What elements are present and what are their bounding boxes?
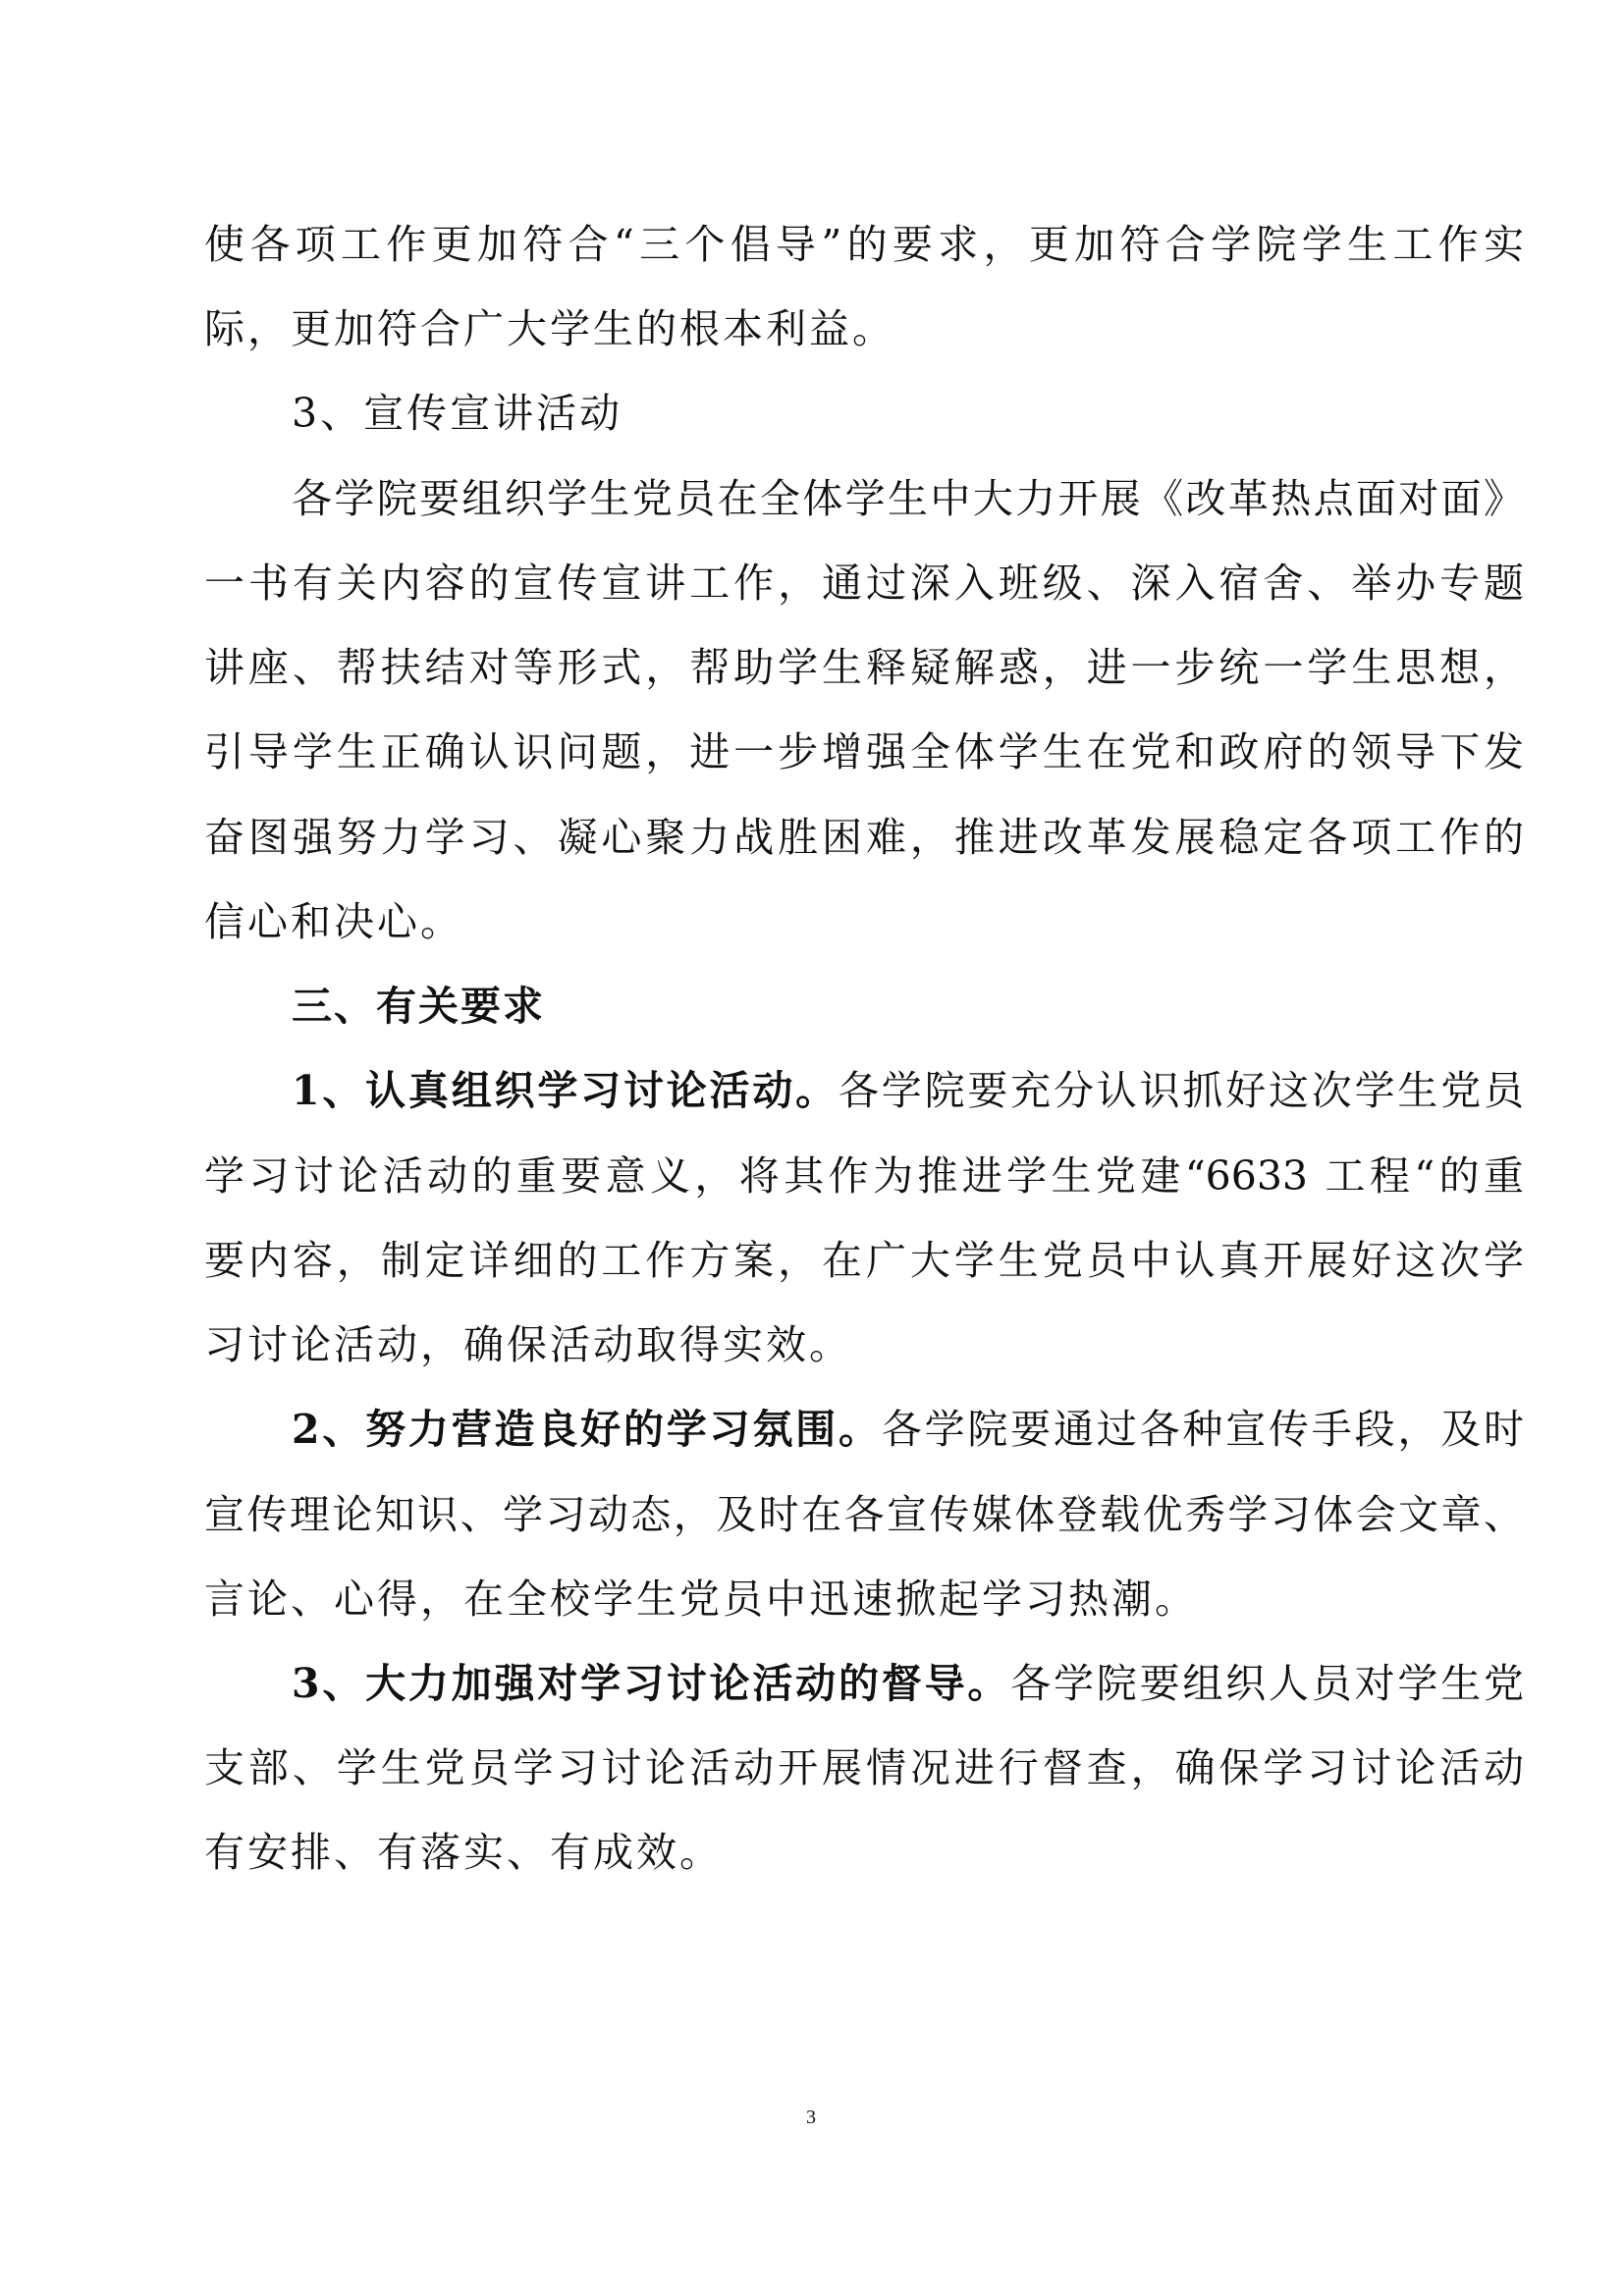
body-line: 各学院要组织学生党员在全体学生中大力开展《改革热点面对面》 [292, 475, 1524, 522]
requirement-1-text: 各学院要充分认识抓好这次学生党员 [839, 1067, 1524, 1114]
requirement-3-lead: 3、大力加强对学习讨论活动的督导。 [292, 1660, 1010, 1707]
requirement-3-text: 各学院要组织人员对学生党 [1010, 1660, 1524, 1707]
body-line: 言论、心得，在全校学生党员中迅速掀起学习热潮。 [204, 1575, 1198, 1623]
body-line: 宣传理论知识、学习动态，及时在各宣传媒体登载优秀学习体会文章、 [204, 1491, 1524, 1538]
requirement-1-first-line: 1、认真组织学习讨论活动。各学院要充分认识抓好这次学生党员 [292, 1067, 1524, 1114]
requirement-2-text: 各学院要通过各种宣传手段，及时 [882, 1406, 1524, 1453]
body-line: 有安排、有落实、有成效。 [204, 1829, 723, 1876]
section-heading: 三、有关要求 [292, 983, 545, 1030]
document-page: 使各项工作更加符合“三个倡导”的要求，更加符合学院学生工作实 际，更加符合广大学… [0, 0, 1624, 2296]
body-line: 使各项工作更加符合“三个倡导”的要求，更加符合学院学生工作实 [204, 221, 1524, 268]
body-line: 要内容，制定详细的工作方案，在广大学生党员中认真开展好这次学 [204, 1237, 1524, 1284]
page-number: 3 [801, 2107, 821, 2129]
body-line: 一书有关内容的宣传宣讲工作，通过深入班级、深入宿舍、举办专题 [204, 560, 1524, 607]
subsection-title: 3、宣传宣讲活动 [292, 390, 623, 437]
requirement-3-first-line: 3、大力加强对学习讨论活动的督导。各学院要组织人员对学生党 [292, 1660, 1524, 1707]
requirement-1-lead: 1、认真组织学习讨论活动。 [292, 1067, 839, 1114]
body-line: 信心和决心。 [204, 898, 463, 945]
requirement-2-lead: 2、努力营造良好的学习氛围。 [292, 1406, 882, 1453]
body-line: 引导学生正确认识问题，进一步增强全体学生在党和政府的领导下发 [204, 728, 1524, 775]
body-line: 际，更加符合广大学生的根本利益。 [204, 305, 895, 352]
body-line: 学习讨论活动的重要意义，将其作为推进学生党建“6633 工程“的重 [204, 1152, 1524, 1200]
body-line: 讲座、帮扶结对等形式，帮助学生释疑解惑，进一步统一学生思想， [204, 644, 1524, 691]
body-line: 支部、学生党员学习讨论活动开展情况进行督查，确保学习讨论活动 [204, 1744, 1524, 1791]
body-line: 奋图强努力学习、凝心聚力战胜困难，推进改革发展稳定各项工作的 [204, 814, 1524, 861]
body-line: 习讨论活动，确保活动取得实效。 [204, 1321, 852, 1368]
requirement-2-first-line: 2、努力营造良好的学习氛围。各学院要通过各种宣传手段，及时 [292, 1406, 1524, 1453]
